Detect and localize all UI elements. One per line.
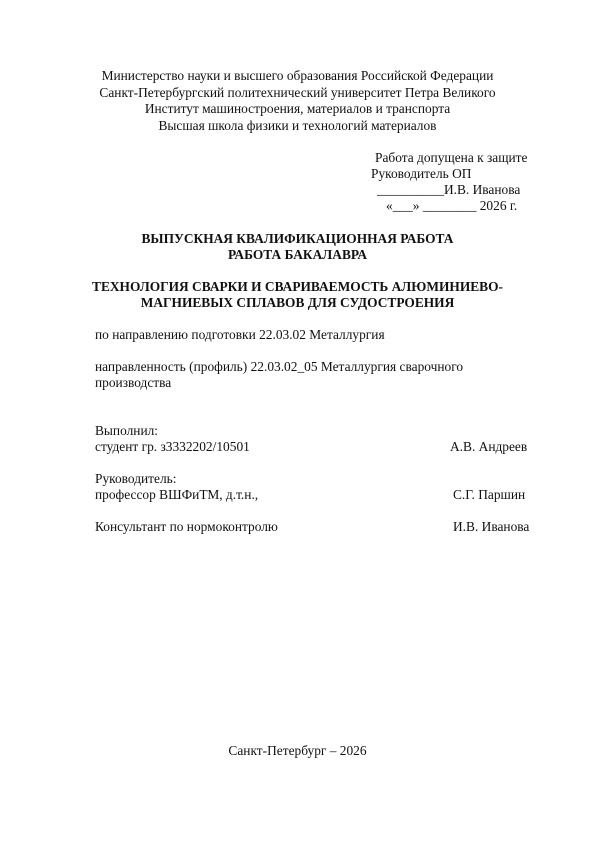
- supervisor-label: Руководитель:: [95, 471, 177, 487]
- title-page: Министерство науки и высшего образования…: [0, 0, 595, 841]
- student-name: А.В. Андреев: [450, 439, 527, 455]
- approval-date: «___» ________ 2026 г.: [386, 198, 517, 214]
- ministry-line: Министерство науки и высшего образования…: [0, 68, 595, 84]
- institute-line: Институт машиностроения, материалов и тр…: [0, 101, 595, 117]
- consultant-role: Консультант по нормоконтролю: [95, 519, 278, 535]
- approval-admitted: Работа допущена к защите: [375, 150, 527, 166]
- performed-label: Выполнил:: [95, 423, 158, 439]
- supervisor-role: профессор ВШФиТМ, д.т.н.,: [95, 487, 258, 503]
- work-type-line2: РАБОТА БАКАЛАВРА: [0, 247, 595, 263]
- work-type-line1: ВЫПУСКНАЯ КВАЛИФИКАЦИОННАЯ РАБОТА: [0, 231, 595, 247]
- direction-line: по направлению подготовки 22.03.02 Метал…: [95, 327, 385, 343]
- approval-role: Руководитель ОП: [371, 166, 471, 182]
- thesis-title-line1: ТЕХНОЛОГИЯ СВАРКИ И СВАРИВАЕМОСТЬ АЛЮМИН…: [0, 279, 595, 295]
- school-line: Высшая школа физики и технологий материа…: [0, 118, 595, 134]
- approval-signature: __________И.В. Иванова: [377, 182, 520, 198]
- profile-line1: направленность (профиль) 22.03.02_05 Мет…: [95, 359, 463, 375]
- university-line: Санкт-Петербургский политехнический унив…: [0, 85, 595, 101]
- city-year: Санкт-Петербург – 2026: [0, 743, 595, 759]
- consultant-name: И.В. Иванова: [453, 519, 529, 535]
- supervisor-name: С.Г. Паршин: [453, 487, 525, 503]
- profile-line2: производства: [95, 375, 171, 391]
- student-role: студент гр. з3332202/10501: [95, 439, 250, 455]
- thesis-title-line2: МАГНИЕВЫХ СПЛАВОВ ДЛЯ СУДОСТРОЕНИЯ: [0, 295, 595, 311]
